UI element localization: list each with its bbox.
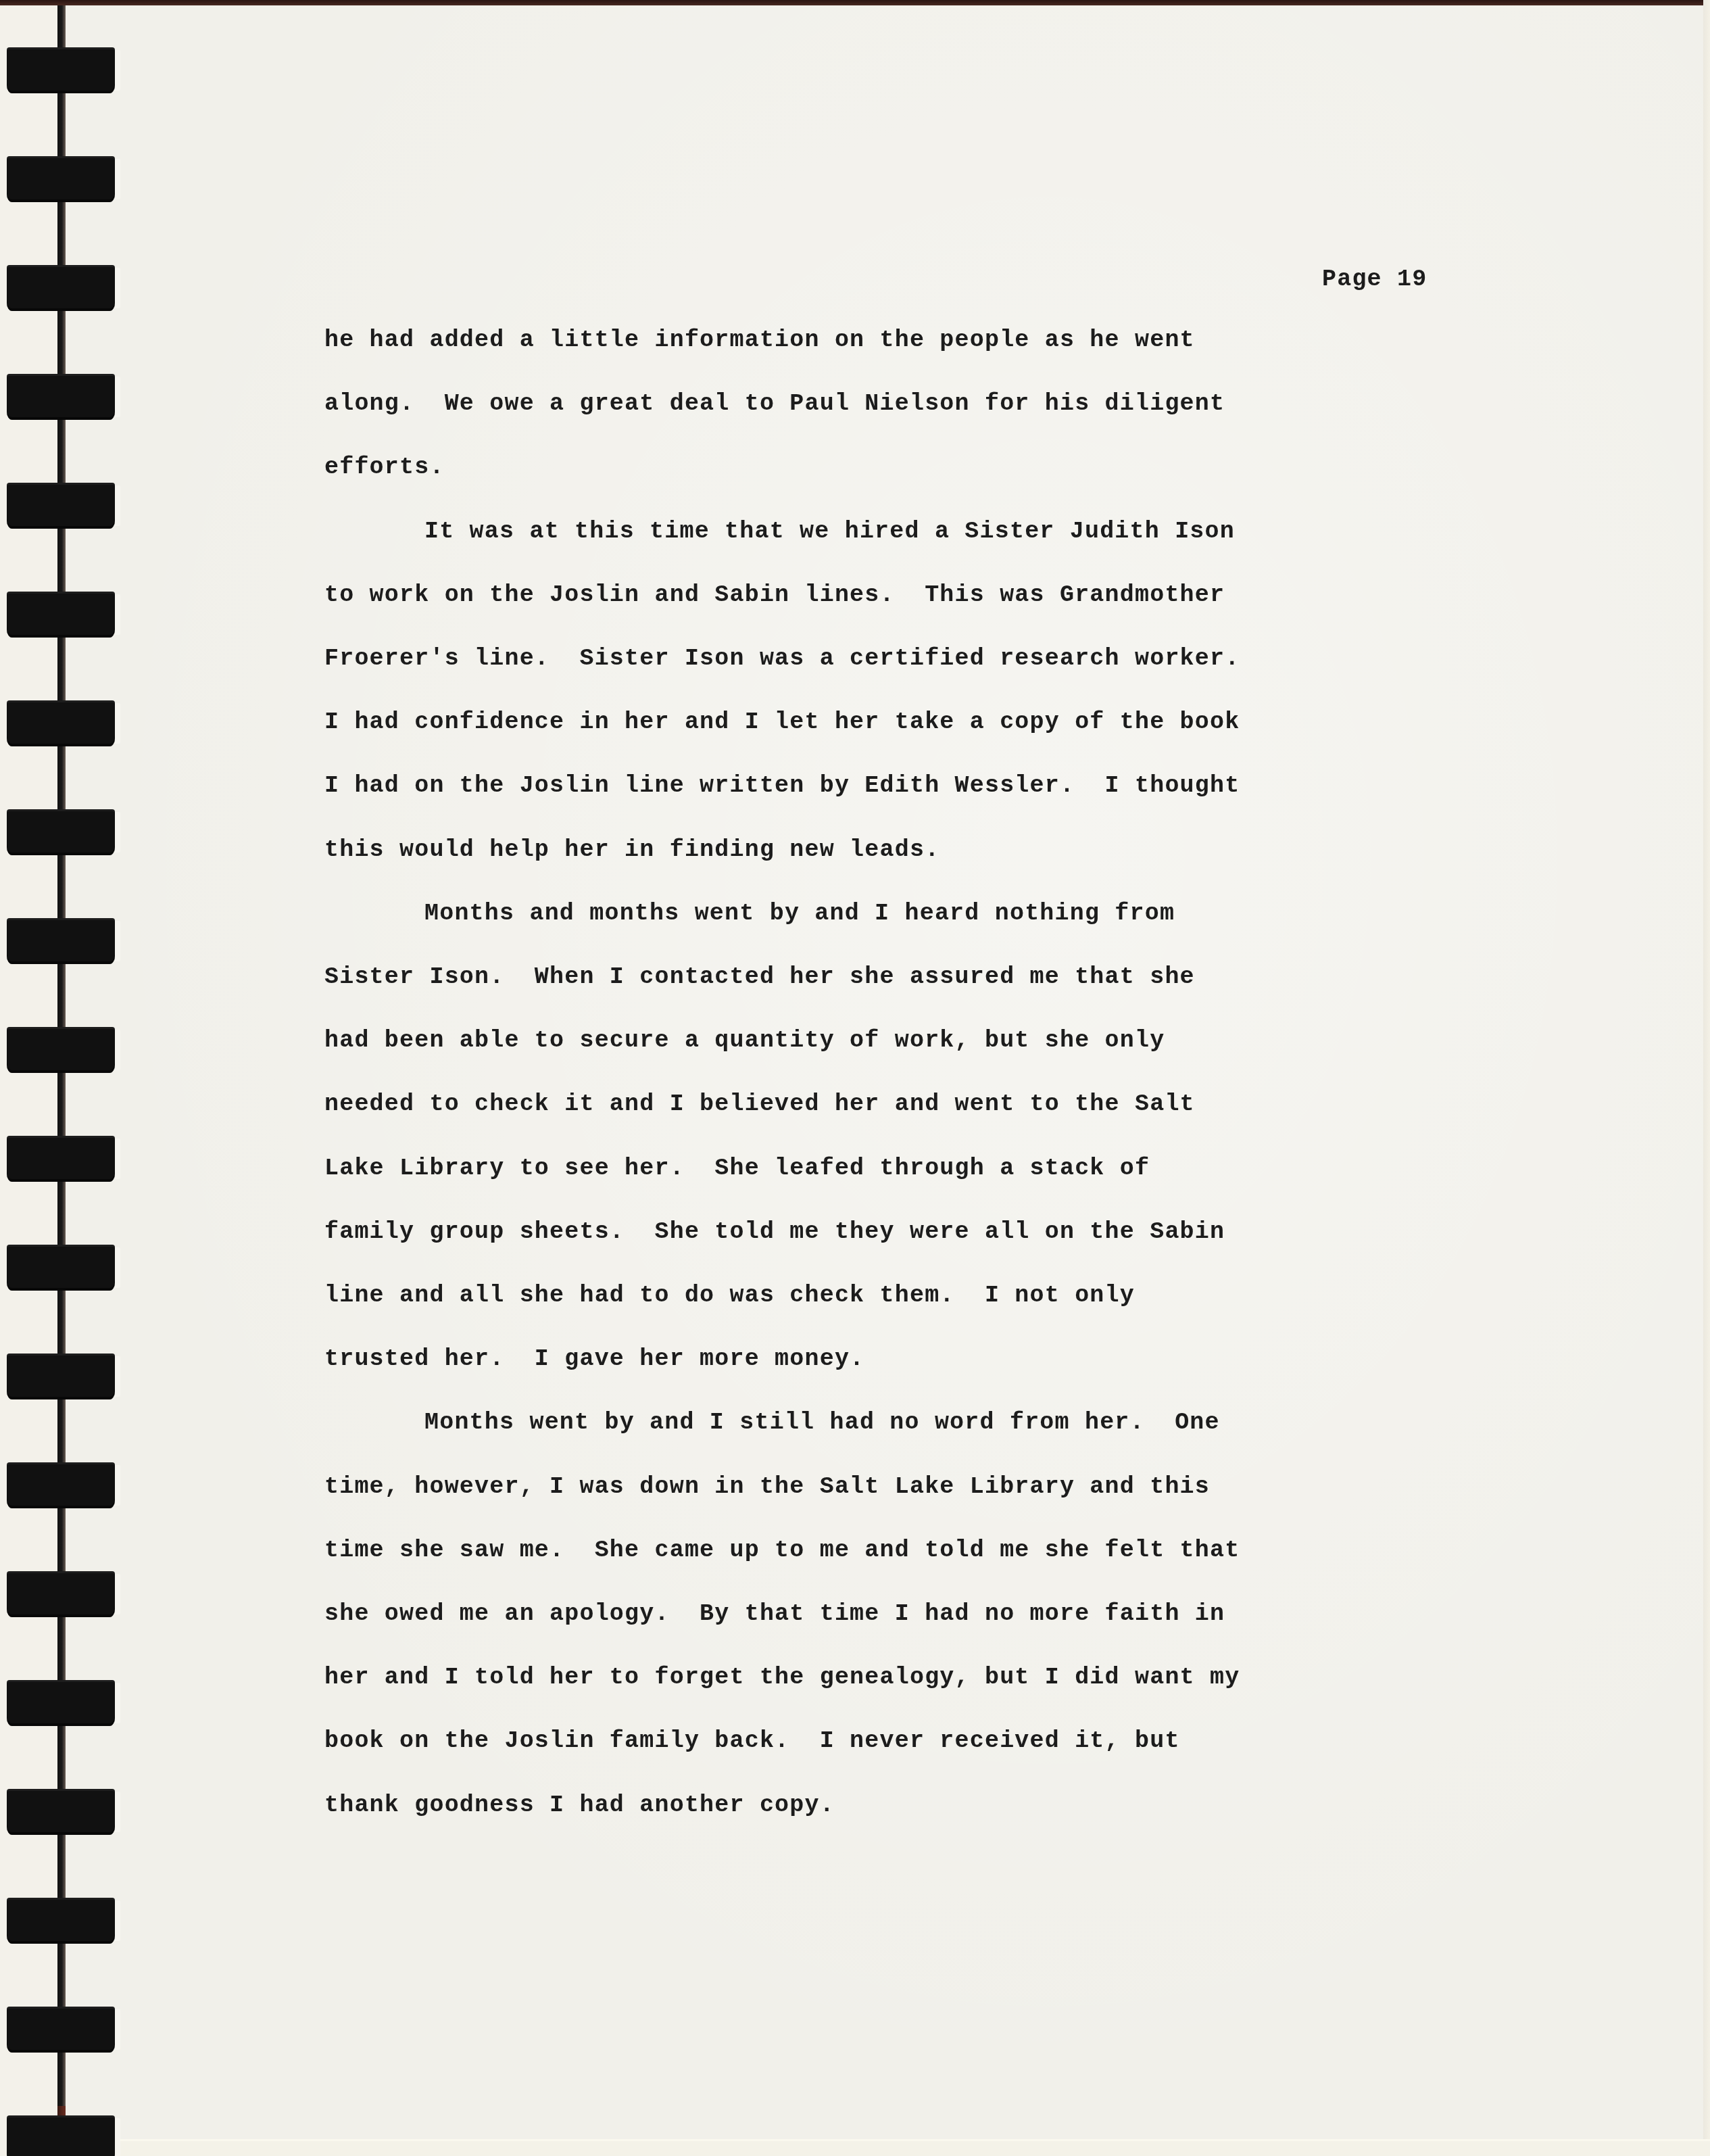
binding-ring bbox=[7, 809, 115, 855]
paper-right-edge bbox=[1703, 0, 1710, 2156]
binding-ring bbox=[7, 1462, 115, 1508]
binding-ring bbox=[7, 374, 115, 420]
binding-ring bbox=[7, 1027, 115, 1073]
text-line: along. We owe a great deal to Paul Niels… bbox=[324, 392, 1225, 416]
text-line: time, however, I was down in the Salt La… bbox=[324, 1475, 1210, 1499]
text-line: her and I told her to forget the genealo… bbox=[324, 1666, 1240, 1690]
binding-ring bbox=[7, 1898, 115, 1944]
text-line: she owed me an apology. By that time I h… bbox=[324, 1602, 1225, 1626]
binding-ring bbox=[7, 1680, 115, 1726]
text-line: I had confidence in her and I let her ta… bbox=[324, 711, 1240, 734]
text-line: It was at this time that we hired a Sist… bbox=[424, 520, 1235, 544]
text-line: this would help her in finding new leads… bbox=[324, 838, 939, 862]
binding-ring bbox=[7, 156, 115, 202]
text-line: he had added a little information on the… bbox=[324, 329, 1195, 352]
text-line: book on the Joslin family back. I never … bbox=[324, 1729, 1180, 1753]
paper-bottom-edge bbox=[62, 2139, 1710, 2156]
binding-ring bbox=[7, 592, 115, 638]
binding-ring bbox=[7, 1789, 115, 1835]
text-line: Lake Library to see her. She leafed thro… bbox=[324, 1157, 1150, 1180]
binding-ring bbox=[7, 2115, 115, 2156]
binding-ring bbox=[7, 1245, 115, 1291]
text-line: needed to check it and I believed her an… bbox=[324, 1093, 1195, 1116]
text-line: Months went by and I still had no word f… bbox=[424, 1411, 1220, 1435]
binding-ring bbox=[7, 265, 115, 311]
text-line: to work on the Joslin and Sabin lines. T… bbox=[324, 583, 1225, 607]
text-line: had been able to secure a quantity of wo… bbox=[324, 1029, 1165, 1053]
page-number: Page 19 bbox=[1322, 266, 1427, 293]
binding-ring bbox=[7, 1571, 115, 1617]
paper-page bbox=[62, 5, 1705, 2140]
text-line: Froerer's line. Sister Ison was a certif… bbox=[324, 647, 1240, 671]
text-line: family group sheets. She told me they we… bbox=[324, 1220, 1225, 1244]
text-line: line and all she had to do was check the… bbox=[324, 1284, 1135, 1308]
text-line: thank goodness I had another copy. bbox=[324, 1794, 835, 1817]
binding-ring bbox=[7, 700, 115, 746]
text-line: Months and months went by and I heard no… bbox=[424, 902, 1175, 926]
binding-ring bbox=[7, 1354, 115, 1399]
text-line: trusted her. I gave her more money. bbox=[324, 1347, 864, 1371]
binding-ring bbox=[7, 47, 115, 93]
text-line: time she saw me. She came up to me and t… bbox=[324, 1539, 1240, 1562]
text-line: efforts. bbox=[324, 456, 445, 479]
binding-ring bbox=[7, 1136, 115, 1182]
text-line: I had on the Joslin line written by Edit… bbox=[324, 774, 1240, 798]
binding-ring bbox=[7, 2007, 115, 2053]
binding-ring bbox=[7, 918, 115, 964]
text-line: Sister Ison. When I contacted her she as… bbox=[324, 965, 1195, 989]
binding-ring bbox=[7, 483, 115, 529]
